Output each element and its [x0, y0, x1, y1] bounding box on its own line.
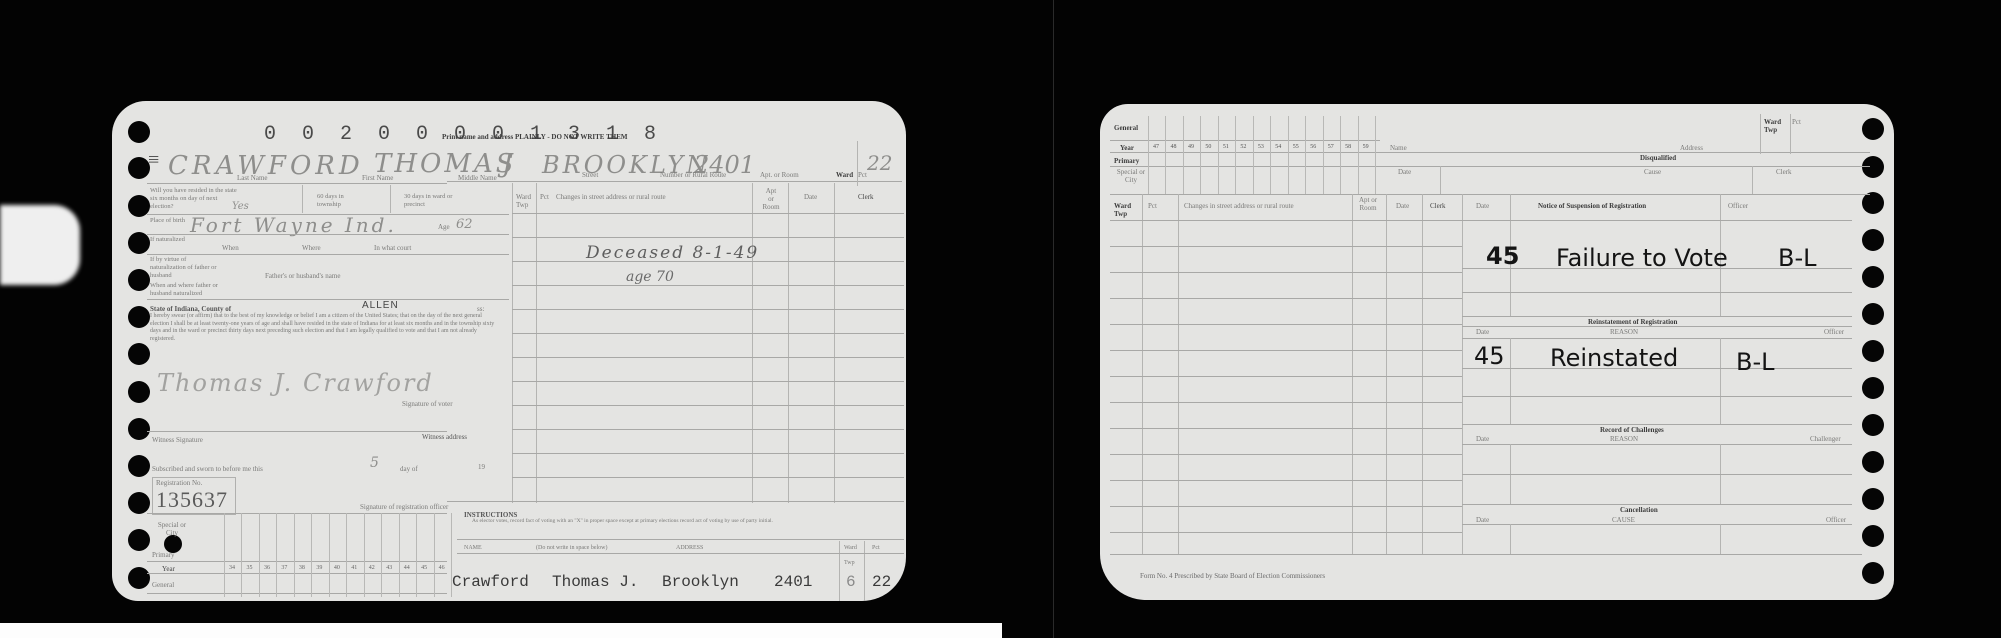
year-cell: 57 — [1323, 116, 1340, 194]
typed-street: Brooklyn — [662, 573, 739, 591]
reinstatement-stamp-date: 45 — [1474, 342, 1505, 370]
oath-text: I hereby swear (or affirm) that to the b… — [150, 313, 498, 343]
naturalized-court: In what court — [374, 244, 411, 252]
year-cell: 40 — [329, 513, 346, 597]
witness-signature-label: Witness Signature — [152, 436, 203, 444]
address-label: Address — [1680, 144, 1703, 152]
punch-hole — [1862, 192, 1884, 214]
suspension-header-officer: Officer — [1728, 202, 1748, 210]
reinstatement-stamp-reason: Reinstated — [1550, 344, 1678, 372]
father-when-where: When and where father or husband natural… — [150, 282, 230, 298]
punch-hole — [128, 269, 150, 291]
punch-hole — [1862, 118, 1884, 140]
changes-header-apt: Apt or Room — [1358, 196, 1378, 212]
changes-header-clerk: Clerk — [1430, 202, 1446, 210]
changes-header-date: Date — [1396, 202, 1409, 210]
year-cell: 58 — [1340, 116, 1357, 194]
year-cell: 38 — [294, 513, 311, 597]
ss-label: ss: — [477, 305, 484, 313]
header-instruction: Print name and address PLAINLY - DO NOT … — [442, 133, 627, 141]
cancellation-header-cause: CAUSE — [1612, 516, 1635, 524]
punch-hole — [128, 381, 150, 403]
punch-hole — [1862, 340, 1884, 362]
year-cell: 44 — [399, 513, 416, 597]
label-number: Number or Rural Route — [660, 171, 726, 179]
punch-hole — [128, 343, 150, 365]
year-cell: 59 — [1358, 116, 1376, 194]
deceased-note: Deceased 8-1-49 — [586, 243, 759, 263]
punch-hole — [128, 418, 150, 440]
punch-hole — [1862, 229, 1884, 251]
pct-label: Pct — [1792, 118, 1801, 126]
ward-twp-label: Ward Twp — [1764, 118, 1784, 134]
typed-pct: 22 — [872, 573, 891, 591]
changes-header-apt: Apt or Room — [762, 187, 780, 211]
instructions-name-label: NAME — [464, 544, 482, 552]
cancellation-header-date: Date — [1476, 516, 1489, 524]
changes-header-address: Changes in street address or rural route — [556, 193, 666, 201]
vote-row-general: General — [1114, 124, 1138, 132]
subscribed-day-of: day of — [400, 465, 418, 473]
punch-hole — [1862, 488, 1884, 510]
signature-label: Signature of voter — [402, 400, 453, 408]
naturalized-label: If naturalized — [150, 236, 190, 244]
right-year-row: 47 48 49 50 51 52 53 54 55 56 57 58 59 — [1148, 116, 1376, 194]
punch-hole — [128, 306, 150, 328]
microfilm-divider — [1053, 0, 1054, 638]
reinstatement-stamp-officer: B-L — [1736, 348, 1775, 376]
state-county-label: State of Indiana, County of — [150, 305, 231, 313]
residence-question: Will you have resided in the state six m… — [150, 187, 238, 211]
disqualified-clerk-label: Clerk — [1776, 168, 1792, 176]
challenges-header-challenger: Challenger — [1810, 435, 1841, 443]
registration-officer-label: Signature of registration officer — [360, 503, 448, 511]
subscribed-text: Subscribed and sworn to before me this — [152, 465, 263, 473]
township-question: 60 days in township — [317, 193, 367, 209]
challenges-header-reason: REASON — [1610, 435, 1638, 443]
year-cell: 43 — [381, 513, 398, 597]
changes-header-ward: Ward Twp — [516, 193, 536, 209]
label-pct: Pct — [858, 171, 867, 179]
year-cell: 49 — [1183, 116, 1200, 194]
year-cell: 51 — [1218, 116, 1235, 194]
middle-initial-handwritten: J — [502, 149, 512, 179]
county-value: ALLEN — [362, 300, 399, 311]
reinstatement-header-reason: REASON — [1610, 328, 1638, 336]
punch-hole — [128, 121, 150, 143]
punch-hole — [1862, 266, 1884, 288]
punch-hole — [1862, 303, 1884, 325]
punch-hole — [128, 492, 150, 514]
year-cell: 54 — [1270, 116, 1287, 194]
instructions-do-not-write: (Do not write in space below) — [536, 544, 607, 552]
year-cell: 37 — [276, 513, 293, 597]
year-cell: 55 — [1288, 116, 1305, 194]
naturalized-where: Where — [302, 244, 321, 252]
suspension-stamp-reason: Failure to Vote — [1556, 244, 1728, 272]
instructions-address-label: ADDRESS — [676, 544, 703, 552]
instructions-ward-label: Ward — [844, 544, 857, 552]
punch-hole — [128, 232, 150, 254]
cancellation-header-officer: Officer — [1826, 516, 1846, 524]
year-cell: 39 — [311, 513, 328, 597]
year-cell: 56 — [1305, 116, 1322, 194]
age-label: Age — [438, 223, 450, 231]
typed-number: 2401 — [774, 573, 812, 591]
punch-hole — [1862, 377, 1884, 399]
reinstatement-header-date: Date — [1476, 328, 1489, 336]
changes-header-address: Changes in street address or rural route — [1184, 202, 1294, 210]
punch-hole — [128, 567, 150, 589]
reinstatement-title: Reinstatement of Registration — [1588, 318, 1677, 326]
challenges-title: Record of Challenges — [1600, 426, 1664, 434]
year-cell: 47 — [1148, 116, 1165, 194]
year-cell: 35 — [241, 513, 258, 597]
registration-number: 135637 — [156, 487, 228, 513]
year-cell: 53 — [1253, 116, 1270, 194]
scan-edge-strip — [0, 623, 1002, 638]
suspension-header-notice: Notice of Suspension of Registration — [1538, 202, 1646, 210]
year-cell: 52 — [1235, 116, 1252, 194]
changes-header-date: Date — [804, 193, 817, 201]
punch-hole — [1862, 414, 1884, 436]
label-apt: Apt. or Room — [760, 171, 799, 179]
vote-row-year: Year — [1120, 144, 1134, 152]
year-cell: 50 — [1200, 116, 1217, 194]
punch-hole — [128, 529, 150, 551]
instructions-pct-label: Pct — [872, 544, 880, 552]
suspension-stamp-date: 45 — [1486, 242, 1519, 270]
registration-label: Registration No. — [156, 479, 202, 487]
changes-header-ward: Ward Twp — [1114, 202, 1134, 218]
suspension-stamp-officer: B-L — [1778, 244, 1817, 272]
residence-answer: Yes — [232, 201, 249, 212]
cancellation-title: Cancellation — [1620, 506, 1658, 514]
changes-header-pct: Pct — [540, 193, 549, 201]
year-cell: 41 — [346, 513, 363, 597]
light-reflection — [0, 205, 80, 285]
label-ward: Ward — [836, 171, 853, 179]
typed-ward: 6 — [846, 573, 856, 591]
punch-hole — [128, 157, 150, 179]
age-value: 62 — [456, 217, 473, 232]
vote-row-primary: Primary — [1114, 157, 1139, 165]
subscribed-day: 5 — [370, 455, 379, 471]
disqualified-cause-label: Cause — [1644, 168, 1661, 176]
father-naturalization-label: If by virtue of naturalization of father… — [150, 256, 222, 280]
year-cell: 46 — [434, 513, 452, 597]
punch-hole — [1862, 562, 1884, 584]
punch-hole — [128, 455, 150, 477]
precinct-question: 30 days in ward or precinct — [404, 193, 464, 209]
vote-row-special: Special or City — [1114, 168, 1148, 184]
subscribed-year: 19 — [478, 463, 485, 471]
vote-row-special: Special or City — [152, 521, 192, 537]
father-name-label: Father's or husband's name — [265, 272, 340, 280]
instructions-twp-label: Twp — [844, 559, 855, 567]
name-label: Name — [1390, 144, 1407, 152]
suspension-header-date: Date — [1476, 202, 1489, 210]
punch-hole — [1862, 451, 1884, 473]
challenges-header-date: Date — [1476, 435, 1489, 443]
typed-first-name: Thomas J. — [552, 573, 638, 591]
vote-row-year: Year — [162, 565, 175, 573]
pct-handwritten: 22 — [867, 151, 892, 175]
form-footer: Form No. 4 Prescribed by State Board of … — [1140, 572, 1325, 580]
year-cell: 48 — [1165, 116, 1182, 194]
disqualified-label: Disqualified — [1640, 154, 1676, 162]
disqualified-date-label: Date — [1398, 168, 1411, 176]
instructions-text: As elector votes, record fact of voting … — [472, 518, 892, 525]
vote-row-primary: Primary — [152, 551, 175, 559]
punch-hole — [1862, 156, 1884, 178]
year-cell: 34 — [224, 513, 241, 597]
deceased-age-note: age 70 — [626, 269, 674, 285]
year-cell: 42 — [364, 513, 381, 597]
naturalized-when: When — [222, 244, 239, 252]
reinstatement-header-officer: Officer — [1824, 328, 1844, 336]
year-cell: 45 — [416, 513, 433, 597]
registration-card-front: 0 0 2 0 0 0 0 1 3 1 8 Print name and add… — [112, 101, 906, 601]
witness-address-label: Witness address — [422, 433, 467, 441]
triple-bar-icon: ≡ — [148, 149, 159, 172]
label-first-name: First Name — [362, 174, 393, 182]
punch-hole — [1862, 525, 1884, 547]
voter-signature: Thomas J. Crawford — [157, 369, 434, 397]
left-year-row: 34 35 36 37 38 39 40 41 42 43 44 45 46 — [224, 513, 452, 597]
changes-header-pct: Pct — [1148, 202, 1157, 210]
vote-row-general: General — [152, 581, 174, 589]
changes-header-clerk: Clerk — [858, 193, 874, 201]
year-cell: 36 — [259, 513, 276, 597]
label-last-name: Last Name — [237, 174, 268, 182]
registration-card-back: General Year Primary Special or City 47 … — [1100, 104, 1894, 600]
typed-last-name: Crawford — [452, 573, 529, 591]
birth-label: Place of birth — [150, 217, 190, 225]
label-street: Street — [582, 171, 598, 179]
